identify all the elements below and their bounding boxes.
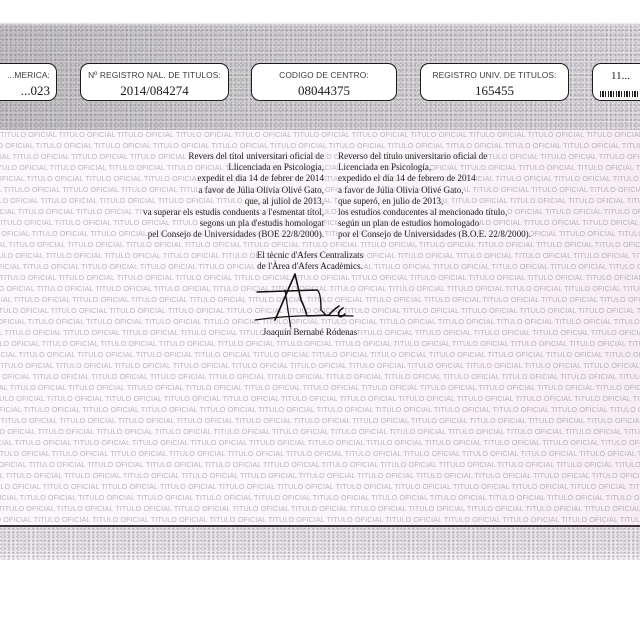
catalan-line-text: a favor de Júlia Olívia Olivé Gato, bbox=[198, 185, 324, 196]
watermark-line: TITULO OFICIAL TITULO OFICIAL TITULO OFI… bbox=[0, 394, 640, 403]
signer-name-text: Joaquín Bernabé Ródenas bbox=[263, 327, 357, 337]
spanish-text-block: Reverso del título universitario oficial… bbox=[338, 151, 598, 241]
catalan-line-text: segons un pla d'estudis homologat bbox=[200, 218, 324, 229]
spanish-line: a favor de Júlia Olívia Olivé Gato, bbox=[338, 185, 598, 196]
codigo-centro-label: CODIGO DE CENTRO: bbox=[252, 70, 396, 80]
registro-nacional-label: Nº REGISTRO NAL. DE TITULOS: bbox=[81, 70, 228, 80]
box-label: ...MERICA: bbox=[0, 70, 56, 80]
watermark-line: TITULO OFICIAL TITULO OFICIAL TITULO OFI… bbox=[0, 372, 640, 381]
codigo-centro-box: CODIGO DE CENTRO: 08044375 bbox=[251, 63, 397, 101]
spanish-line: los estudios conducentes al mencionado t… bbox=[338, 207, 598, 218]
catalan-line: Llicenciada en Psicologia, bbox=[100, 162, 324, 173]
watermark-line: TITULO OFICIAL TITULO OFICIAL TITULO OFI… bbox=[0, 449, 640, 458]
spanish-line-text: por el Consejo de Universidades (B.O.E. … bbox=[338, 229, 531, 240]
spanish-line-text: que superó, en julio de 2013, bbox=[338, 196, 443, 207]
spanish-line-text: Reverso del título universitario oficial… bbox=[338, 151, 487, 162]
catalan-line: va superar els estudis conduents a l'esm… bbox=[100, 207, 324, 218]
catalan-line-text: Llicenciada en Psicologia, bbox=[228, 162, 324, 173]
registro-universitario-value: 165455 bbox=[421, 83, 568, 99]
registro-nacional-box: Nº REGISTRO NAL. DE TITULOS: 2014/084274 bbox=[80, 63, 229, 101]
spanish-line-text: Licenciada en Psicología, bbox=[338, 162, 431, 173]
spanish-line-text: los estudios conducentes al mencionado t… bbox=[338, 207, 507, 218]
catalan-line: que, al juliol de 2013, bbox=[100, 196, 324, 207]
header-box-partial-right: 11... bbox=[592, 63, 640, 101]
catalan-line: Revers del títol universitari oficial de bbox=[100, 151, 324, 162]
codigo-centro-value: 08044375 bbox=[252, 83, 396, 99]
catalan-line: expedit el dia 14 de febrer de 2014 bbox=[100, 173, 324, 184]
spanish-line: Reverso del título universitario oficial… bbox=[338, 151, 598, 162]
spanish-line: que superó, en julio de 2013, bbox=[338, 196, 598, 207]
catalan-line-text: que, al juliol de 2013, bbox=[245, 196, 324, 207]
watermark-line: TITULO OFICIAL TITULO OFICIAL TITULO OFI… bbox=[0, 383, 640, 392]
security-pattern-band-bottom bbox=[0, 527, 640, 560]
catalan-text-block: Revers del títol universitari oficial de… bbox=[100, 151, 324, 241]
signer-name: Joaquín Bernabé Ródenas bbox=[230, 327, 390, 337]
signature-icon bbox=[255, 270, 375, 332]
box-value: 11... bbox=[593, 70, 640, 82]
catalan-line: pel Consejo de Universidades (BOE 22/8/2… bbox=[100, 229, 324, 240]
spanish-line-text: según un plan de estudios homologado bbox=[338, 218, 479, 229]
watermark-line: TITULO OFICIAL TITULO OFICIAL TITULO OFI… bbox=[0, 350, 640, 359]
registro-universitario-box: REGISTRO UNIV. DE TITULOS: 165455 bbox=[420, 63, 569, 101]
spanish-line: Licenciada en Psicología, bbox=[338, 162, 598, 173]
catalan-line: segons un pla d'estudis homologat bbox=[100, 218, 324, 229]
watermark-line: TITULO OFICIAL TITULO OFICIAL TITULO OFI… bbox=[0, 240, 640, 249]
spanish-line-text: a favor de Júlia Olívia Olivé Gato, bbox=[338, 185, 464, 196]
watermark-line: TITULO OFICIAL TITULO OFICIAL TITULO OFI… bbox=[0, 471, 640, 480]
registro-universitario-label: REGISTRO UNIV. DE TITULOS: bbox=[421, 70, 568, 80]
spanish-line: expedido el día 14 de febrero de 2014 bbox=[338, 173, 598, 184]
watermark-line: TITULO OFICIAL TITULO OFICIAL TITULO OFI… bbox=[0, 515, 640, 524]
spanish-line-text: expedido el día 14 de febrero de 2014 bbox=[338, 173, 476, 184]
registro-nacional-value: 2014/084274 bbox=[81, 83, 228, 99]
watermark-line: TITULO OFICIAL TITULO OFICIAL TITULO OFI… bbox=[0, 405, 640, 414]
catalan-line: a favor de Júlia Olívia Olivé Gato, bbox=[100, 185, 324, 196]
watermark-line: TITULO OFICIAL TITULO OFICIAL TITULO OFI… bbox=[0, 141, 640, 150]
watermark-line: TITULO OFICIAL TITULO OFICIAL TITULO OFI… bbox=[0, 482, 640, 491]
catalan-line-text: pel Consejo de Universidades (BOE 22/8/2… bbox=[148, 229, 324, 240]
watermark-line: TITULO OFICIAL TITULO OFICIAL TITULO OFI… bbox=[0, 438, 640, 447]
catalan-line-text: va superar els estudis conduents a l'esm… bbox=[143, 207, 324, 218]
watermark-line: TITULO OFICIAL TITULO OFICIAL TITULO OFI… bbox=[0, 361, 640, 370]
watermark-line: TITULO OFICIAL TITULO OFICIAL TITULO OFI… bbox=[0, 130, 640, 139]
signatory-title-line: El tècnic d'Afers Centralizats bbox=[257, 250, 363, 261]
watermark-line: TITULO OFICIAL TITULO OFICIAL TITULO OFI… bbox=[0, 460, 640, 469]
catalan-line-text: Revers del títol universitari oficial de bbox=[188, 151, 324, 162]
catalan-line-text: expedit el dia 14 de febrer de 2014 bbox=[197, 173, 324, 184]
watermark-line: TITULO OFICIAL TITULO OFICIAL TITULO OFI… bbox=[0, 427, 640, 436]
barcode-icon bbox=[600, 91, 640, 97]
watermark-line: TITULO OFICIAL TITULO OFICIAL TITULO OFI… bbox=[0, 416, 640, 425]
spanish-line: según un plan de estudios homologado bbox=[338, 218, 598, 229]
signatory-title: El tècnic d'Afers Centralizats de l'Àrea… bbox=[230, 250, 390, 272]
box-value: ...023 bbox=[0, 83, 56, 99]
spanish-line: por el Consejo de Universidades (B.O.E. … bbox=[338, 229, 598, 240]
header-box-partial-left: ...MERICA: ...023 bbox=[0, 63, 57, 101]
watermark-line: TITULO OFICIAL TITULO OFICIAL TITULO OFI… bbox=[0, 504, 640, 513]
watermark-line: TITULO OFICIAL TITULO OFICIAL TITULO OFI… bbox=[0, 339, 640, 348]
watermark-line: TITULO OFICIAL TITULO OFICIAL TITULO OFI… bbox=[0, 493, 640, 502]
